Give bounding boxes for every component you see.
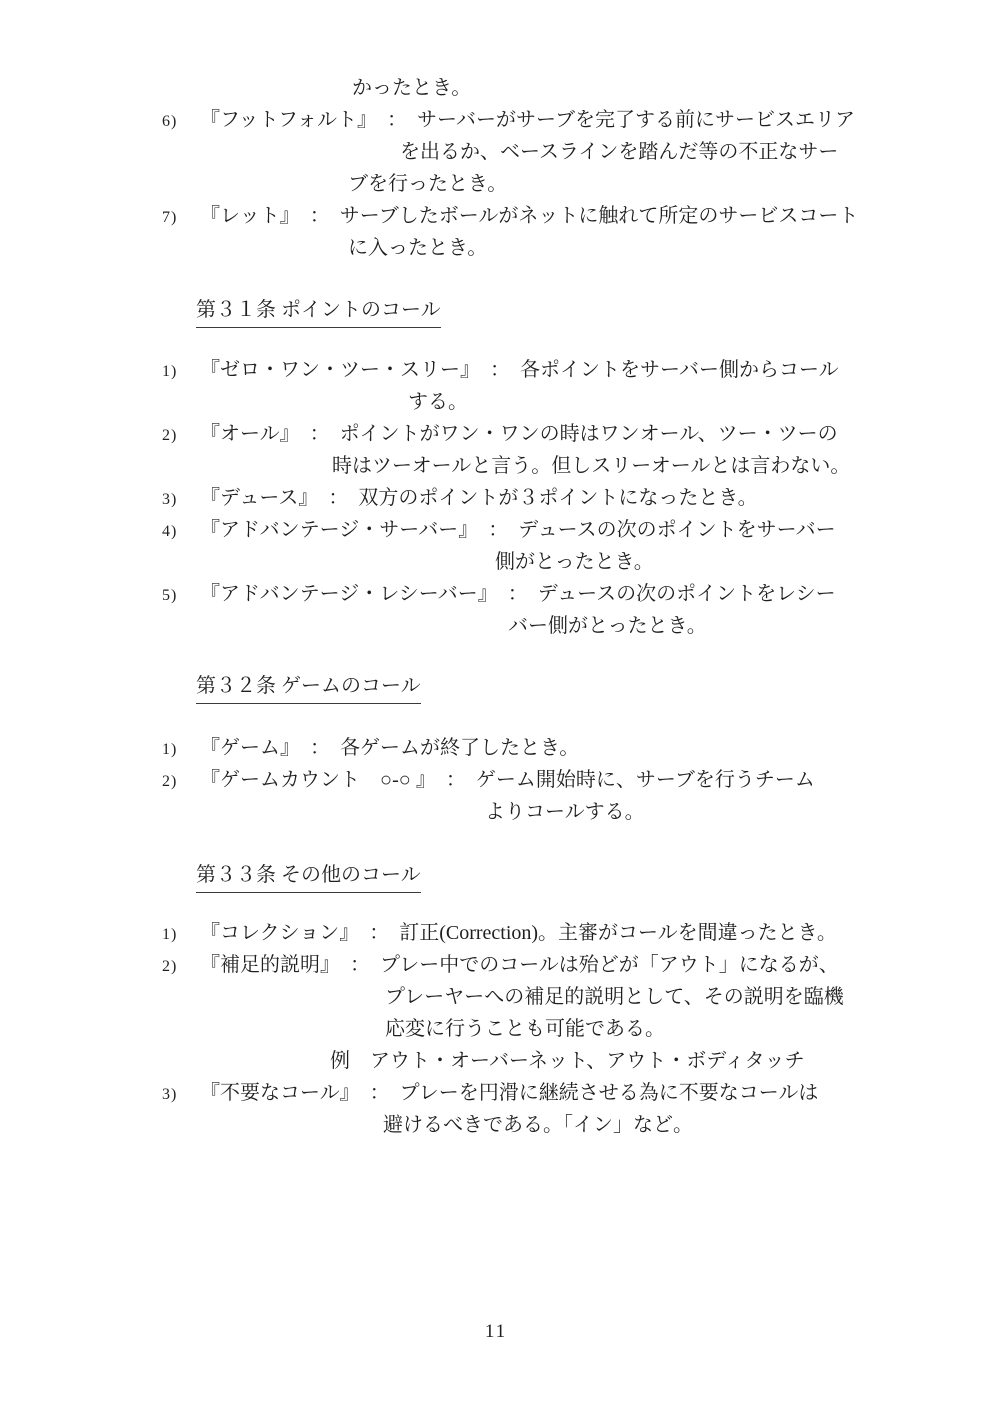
item-continuation: 時はツーオールと言う。但しスリーオールとは言わない。 <box>0 450 992 482</box>
rule-item-31-4: 4)『アドバンテージ・サーバー』 ： デュースの次のポイントをサーバー <box>0 514 992 546</box>
article-31-heading: 第３１条 ポイントのコール <box>0 294 992 326</box>
item-continuation: ブを行ったとき。 <box>0 168 992 200</box>
heading-text: 第３１条 ポイントのコール <box>196 294 441 328</box>
item-text: 『オール』 ： ポイントがワン・ワンの時はワンオール、ツー・ツーの <box>200 423 838 445</box>
item-number: 6) <box>162 106 200 138</box>
item-continuation: 応変に行うことも可能である。 <box>0 1013 992 1045</box>
rule-item-32-2: 2)『ゲームカウント ○‐○ 』 ： ゲーム開始時に、サーブを行うチーム <box>0 764 992 796</box>
item-continuation: を出るか、ベースラインを踏んだ等の不正なサー <box>0 136 992 168</box>
item-example-line: 例 アウト・オーバーネット、アウト・ボディタッチ <box>0 1045 992 1077</box>
item-continuation: プレーヤーへの補足的説明として、その説明を臨機 <box>0 981 992 1013</box>
rule-item-6: 6)『フットフォルト』 ： サーバーがサーブを完了する前にサービスエリア <box>0 104 992 136</box>
item-continuation: よりコールする。 <box>0 796 992 828</box>
item-number: 7) <box>162 202 200 234</box>
item-number: 5) <box>162 580 200 612</box>
item-text: 『補足的説明』 ： プレー中でのコールは殆どが「アウト」になるが、 <box>200 954 839 976</box>
rule-item-32-1: 1)『ゲーム』 ： 各ゲームが終了したとき。 <box>0 732 992 764</box>
item-number: 1) <box>162 734 200 766</box>
item-text: 『不要なコール』 ： プレーを円滑に継続させる為に不要なコールは <box>200 1082 818 1104</box>
item-text: 『レット』 ： サーブしたボールがネットに触れて所定のサービスコート <box>200 205 858 227</box>
item-number: 1) <box>162 356 200 388</box>
document-page: かったとき。 6)『フットフォルト』 ： サーバーがサーブを完了する前にサービス… <box>0 0 992 1403</box>
article-33-heading: 第３３条 その他のコール <box>0 859 992 891</box>
heading-text: 第３３条 その他のコール <box>196 859 421 893</box>
item-number: 3) <box>162 1079 200 1111</box>
item-number: 2) <box>162 951 200 983</box>
item-text: 『アドバンテージ・レシーバー』 ： デュースの次のポイントをレシー <box>200 583 836 605</box>
item-text: 『デュース』 ： 双方のポイントが３ポイントになったとき。 <box>200 487 758 509</box>
item-number: 4) <box>162 516 200 548</box>
rule-item-33-2: 2)『補足的説明』 ： プレー中でのコールは殆どが「アウト」になるが、 <box>0 949 992 981</box>
item-text: 『フットフォルト』 ： サーバーがサーブを完了する前にサービスエリア <box>200 109 855 131</box>
item-text: 『アドバンテージ・サーバー』 ： デュースの次のポイントをサーバー <box>200 519 836 541</box>
rule-item-7: 7)『レット』 ： サーブしたボールがネットに触れて所定のサービスコート <box>0 200 992 232</box>
item-continuation: 避けるべきである。「イン」など。 <box>0 1109 992 1141</box>
item-continuation: 側がとったとき。 <box>0 546 992 578</box>
page-number: 11 <box>0 1316 992 1348</box>
rule-item-31-5: 5)『アドバンテージ・レシーバー』 ： デュースの次のポイントをレシー <box>0 578 992 610</box>
item-continuation: バー側がとったとき。 <box>0 610 992 642</box>
item-number: 2) <box>162 766 200 798</box>
item-text: 『コレクション』 ： 訂正(Correction)。主審がコールを間違ったとき。 <box>200 922 837 944</box>
article-32-heading: 第３２条 ゲームのコール <box>0 670 992 702</box>
item-continuation: する。 <box>0 386 992 418</box>
item-number: 2) <box>162 420 200 452</box>
rule-item-33-1: 1)『コレクション』 ： 訂正(Correction)。主審がコールを間違ったと… <box>0 917 992 949</box>
document-content: かったとき。 6)『フットフォルト』 ： サーバーがサーブを完了する前にサービス… <box>0 0 992 1348</box>
heading-text: 第３２条 ゲームのコール <box>196 670 421 704</box>
rule-item-31-1: 1)『ゼロ・ワン・ツー・スリー』 ： 各ポイントをサーバー側からコール <box>0 354 992 386</box>
item-continuation: に入ったとき。 <box>0 232 992 264</box>
item-text: 『ゲーム』 ： 各ゲームが終了したとき。 <box>200 737 579 759</box>
item-text: 『ゲームカウント ○‐○ 』 ： ゲーム開始時に、サーブを行うチーム <box>200 769 815 791</box>
item-text: 『ゼロ・ワン・ツー・スリー』 ： 各ポイントをサーバー側からコール <box>200 359 839 381</box>
item-number: 3) <box>162 484 200 516</box>
rule-item-31-2: 2)『オール』 ： ポイントがワン・ワンの時はワンオール、ツー・ツーの <box>0 418 992 450</box>
rule-item-33-3: 3)『不要なコール』 ： プレーを円滑に継続させる為に不要なコールは <box>0 1077 992 1109</box>
rule-item-31-3: 3)『デュース』 ： 双方のポイントが３ポイントになったとき。 <box>0 482 992 514</box>
item-number: 1) <box>162 919 200 951</box>
carryover-tail-line: かったとき。 <box>0 72 992 104</box>
